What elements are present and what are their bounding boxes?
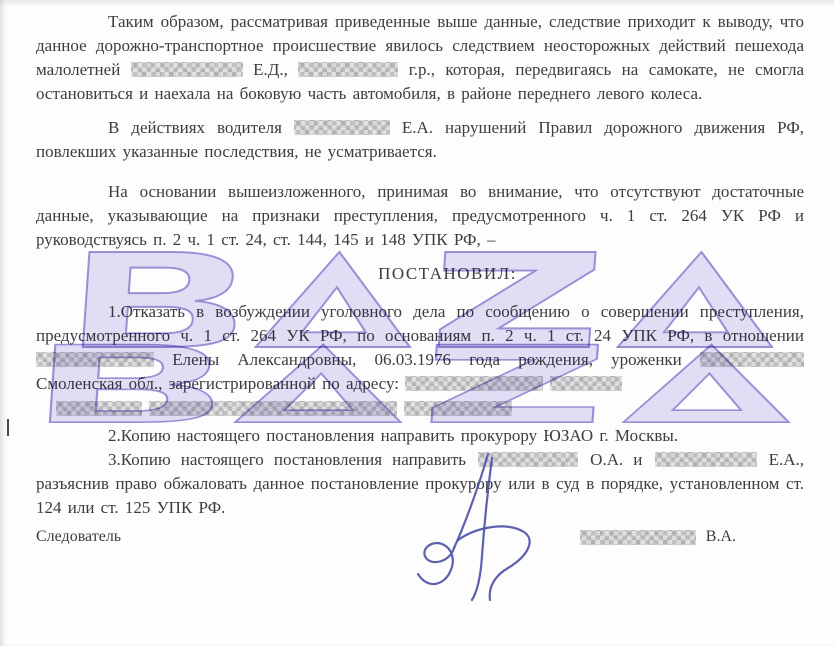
redacted-text <box>550 376 622 391</box>
redacted-text <box>36 352 154 367</box>
redacted-text <box>700 352 804 367</box>
redacted-address-line <box>56 397 804 421</box>
scan-artifact-mark <box>7 419 9 436</box>
signer-initials: В.А. <box>706 528 736 546</box>
redacted-text <box>405 376 543 391</box>
paragraph-conclusion: Таким образом, рассматривая приведенные … <box>36 10 804 106</box>
scanned-document-page: Таким образом, рассматривая приведенные … <box>0 0 834 646</box>
redacted-text <box>298 62 398 77</box>
redacted-text <box>56 401 142 416</box>
signer-title: Следователь <box>36 528 121 546</box>
redacted-text <box>478 452 578 467</box>
paragraph-driver: В действиях водителя Е.А. нарушений Прав… <box>36 116 804 164</box>
redacted-text <box>149 401 397 416</box>
redacted-text <box>294 120 390 135</box>
redacted-text <box>580 530 696 545</box>
signature-row: Следователь В.А. <box>36 528 804 546</box>
resolution-item-3: 3.Копию настоящего постановления направи… <box>36 448 804 520</box>
redacted-text <box>655 452 757 467</box>
resolution-item-1: 1.Отказать в возбуждении уголовного дела… <box>36 300 804 396</box>
paragraph-basis: На основании вышеизложенного, принимая в… <box>36 180 804 252</box>
resolution-item-2: 2.Копию настоящего постановления направи… <box>36 424 804 448</box>
redacted-text <box>404 401 512 416</box>
redacted-text <box>131 62 243 77</box>
signer-name-block: В.А. <box>580 528 736 546</box>
resolution-heading: ПОСТАНОВИЛ: <box>36 262 804 286</box>
